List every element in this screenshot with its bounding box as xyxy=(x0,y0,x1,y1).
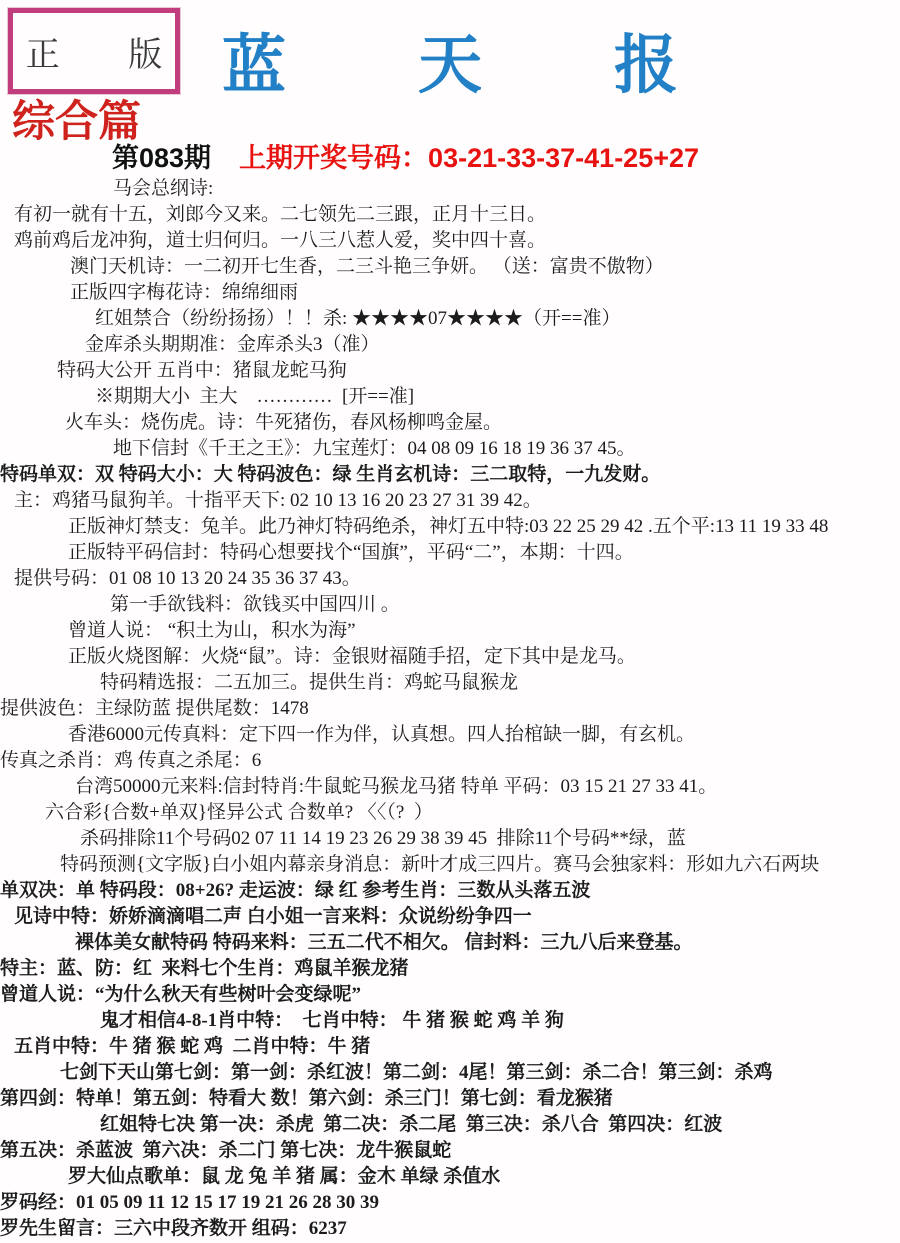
text-line: 六合彩{合数+单双}怪异公式 合数单? 〈〈（? ） xyxy=(0,800,900,826)
text-line: 地下信封《千王之王》：九宝莲灯：04 08 09 16 18 19 36 37 … xyxy=(0,436,900,462)
issue-row: 第083期 上期开奖号码：03-21-33-37-41-25+27 xyxy=(0,136,900,175)
text-line: 提供波色：主绿防蓝 提供尾数：1478 xyxy=(0,696,900,722)
last-draw-numbers: 上期开奖号码：03-21-33-37-41-25+27 xyxy=(239,136,699,175)
text-line: 第五决：杀蓝波 第六决：杀二门 第七决：龙牛猴鼠蛇 xyxy=(0,1138,900,1164)
text-line: 台湾50000元来料:信封特肖:牛鼠蛇马猴龙马猪 特单 平码：03 15 21 … xyxy=(0,774,900,800)
text-line: 特码大公开 五肖中：猪鼠龙蛇马狗 xyxy=(0,358,900,384)
text-line: 单双决：单 特码段：08+26? 走运波：绿 红 参考生肖：三数从头落五波 xyxy=(0,878,900,904)
text-line: 罗先生留言：三六中段齐数开 组码：6237 xyxy=(0,1216,900,1242)
text-line: 第一手欲钱料：欲钱买中国四川 。 xyxy=(0,592,900,618)
issue-number: 第083期 xyxy=(112,136,211,175)
text-line: 特码预测{文字版}白小姐内幕亲身消息：新叶才成三四片。赛马会独家料：形如九六石两… xyxy=(0,852,900,878)
text-line: 罗码经：01 05 09 11 12 15 17 19 21 26 28 30 … xyxy=(0,1190,900,1216)
text-line: 澳门天机诗：一二初开七生香，二三斗艳三争妍。 （送：富贵不傲物） xyxy=(0,254,900,280)
text-line: 正版神灯禁支：兔羊。此乃神灯特码绝杀，神灯五中特:03 22 25 29 42 … xyxy=(0,514,900,540)
text-line: 香港6000元传真料：定下四一作为伴，认真想。四人抬棺缺一脚，有玄机。 xyxy=(0,722,900,748)
text-line: 鸡前鸡后龙冲狗，道士归何归。一八三八惹人爱，奖中四十喜。 xyxy=(0,228,900,254)
text-line: 特主：蓝、防：红 来料七个生肖：鸡鼠羊猴龙猪 xyxy=(0,956,900,982)
text-line: 罗大仙点歌单：鼠 龙 兔 羊 猪 属：金木 单绿 杀值水 xyxy=(0,1164,900,1190)
text-line: 主：鸡猪马鼠狗羊。十指平天下: 02 10 13 16 20 23 27 31 … xyxy=(0,488,900,514)
text-line: 正版火烧图解：火烧“鼠”。诗：金银财福随手招，定下其中是龙马。 xyxy=(0,644,900,670)
text-line: 鬼才相信4-8-1肖中特： 七肖中特： 牛 猪 猴 蛇 鸡 羊 狗 xyxy=(0,1008,900,1034)
text-line: 特码单双：双 特码大小：大 特码波色：绿 生肖玄机诗：三二取特，一九发财。 xyxy=(0,462,900,488)
text-line: 见诗中特：娇娇滴滴唱二声 白小姐一言来料：众说纷纷争四一 xyxy=(0,904,900,930)
text-line: 火车头：烧伤虎。诗：牛死猪伤，春风杨柳鸣金屋。 xyxy=(0,410,900,436)
text-line: 五肖中特：牛 猪 猴 蛇 鸡 二肖中特：牛 猪 xyxy=(0,1034,900,1060)
text-line: 金库杀头期期准：金库杀头3（准） xyxy=(0,332,900,358)
text-line: 红姐特七决 第一决：杀虎 第二决：杀二尾 第三决：杀八合 第四决：红波 xyxy=(0,1112,900,1138)
text-line: 正版四字梅花诗：绵绵细雨 xyxy=(0,280,900,306)
text-line: 正版特平码信封：特码心想要找个“国旗”，平码“二”，本期：十四。 xyxy=(0,540,900,566)
text-line: 红姐禁合（纷纷扬扬）！！杀: ★★★★07★★★★（开==准） xyxy=(0,306,900,332)
text-line: 特码精选报：二五加三。提供生肖：鸡蛇马鼠猴龙 xyxy=(0,670,900,696)
text-line: 提供号码：01 08 10 13 20 24 35 36 37 43。 xyxy=(0,566,900,592)
text-line: 曾道人说：“为什么秋天有些树叶会变绿呢” xyxy=(0,982,900,1008)
text-line: 第四剑：特单！第五剑：特看大 数！第六剑：杀三门！第七剑：看龙猴猪 xyxy=(0,1086,900,1112)
text-line: 裸体美女献特码 特码来料：三五二代不相欠。 信封料：三九八后来登基。 xyxy=(0,930,900,956)
text-line: ※期期大小 主大 ………… [开==准] xyxy=(0,384,900,410)
text-line: 有初一就有十五，刘郎今又来。二七领先二三跟，正月十三日。 xyxy=(0,202,900,228)
text-line: 传真之杀肖：鸡 传真之杀尾：6 xyxy=(0,748,900,774)
text-line: 马会总纲诗: xyxy=(0,176,900,202)
text-line: 七剑下天山第七剑：第一剑：杀红波！第二剑：4尾！第三剑：杀二合！第三剑：杀鸡 xyxy=(0,1060,900,1086)
body-lines: 马会总纲诗:有初一就有十五，刘郎今又来。二七领先二三跟，正月十三日。鸡前鸡后龙冲… xyxy=(0,176,900,1242)
text-line: 曾道人说： “积土为山，积水为海” xyxy=(0,618,900,644)
newspaper-page: 正 版 蓝 天 报 综合篇 第083期 上期开奖号码：03-21-33-37-4… xyxy=(0,0,900,1243)
text-line: 杀码排除11个号码02 07 11 14 19 23 26 29 38 39 4… xyxy=(0,826,900,852)
